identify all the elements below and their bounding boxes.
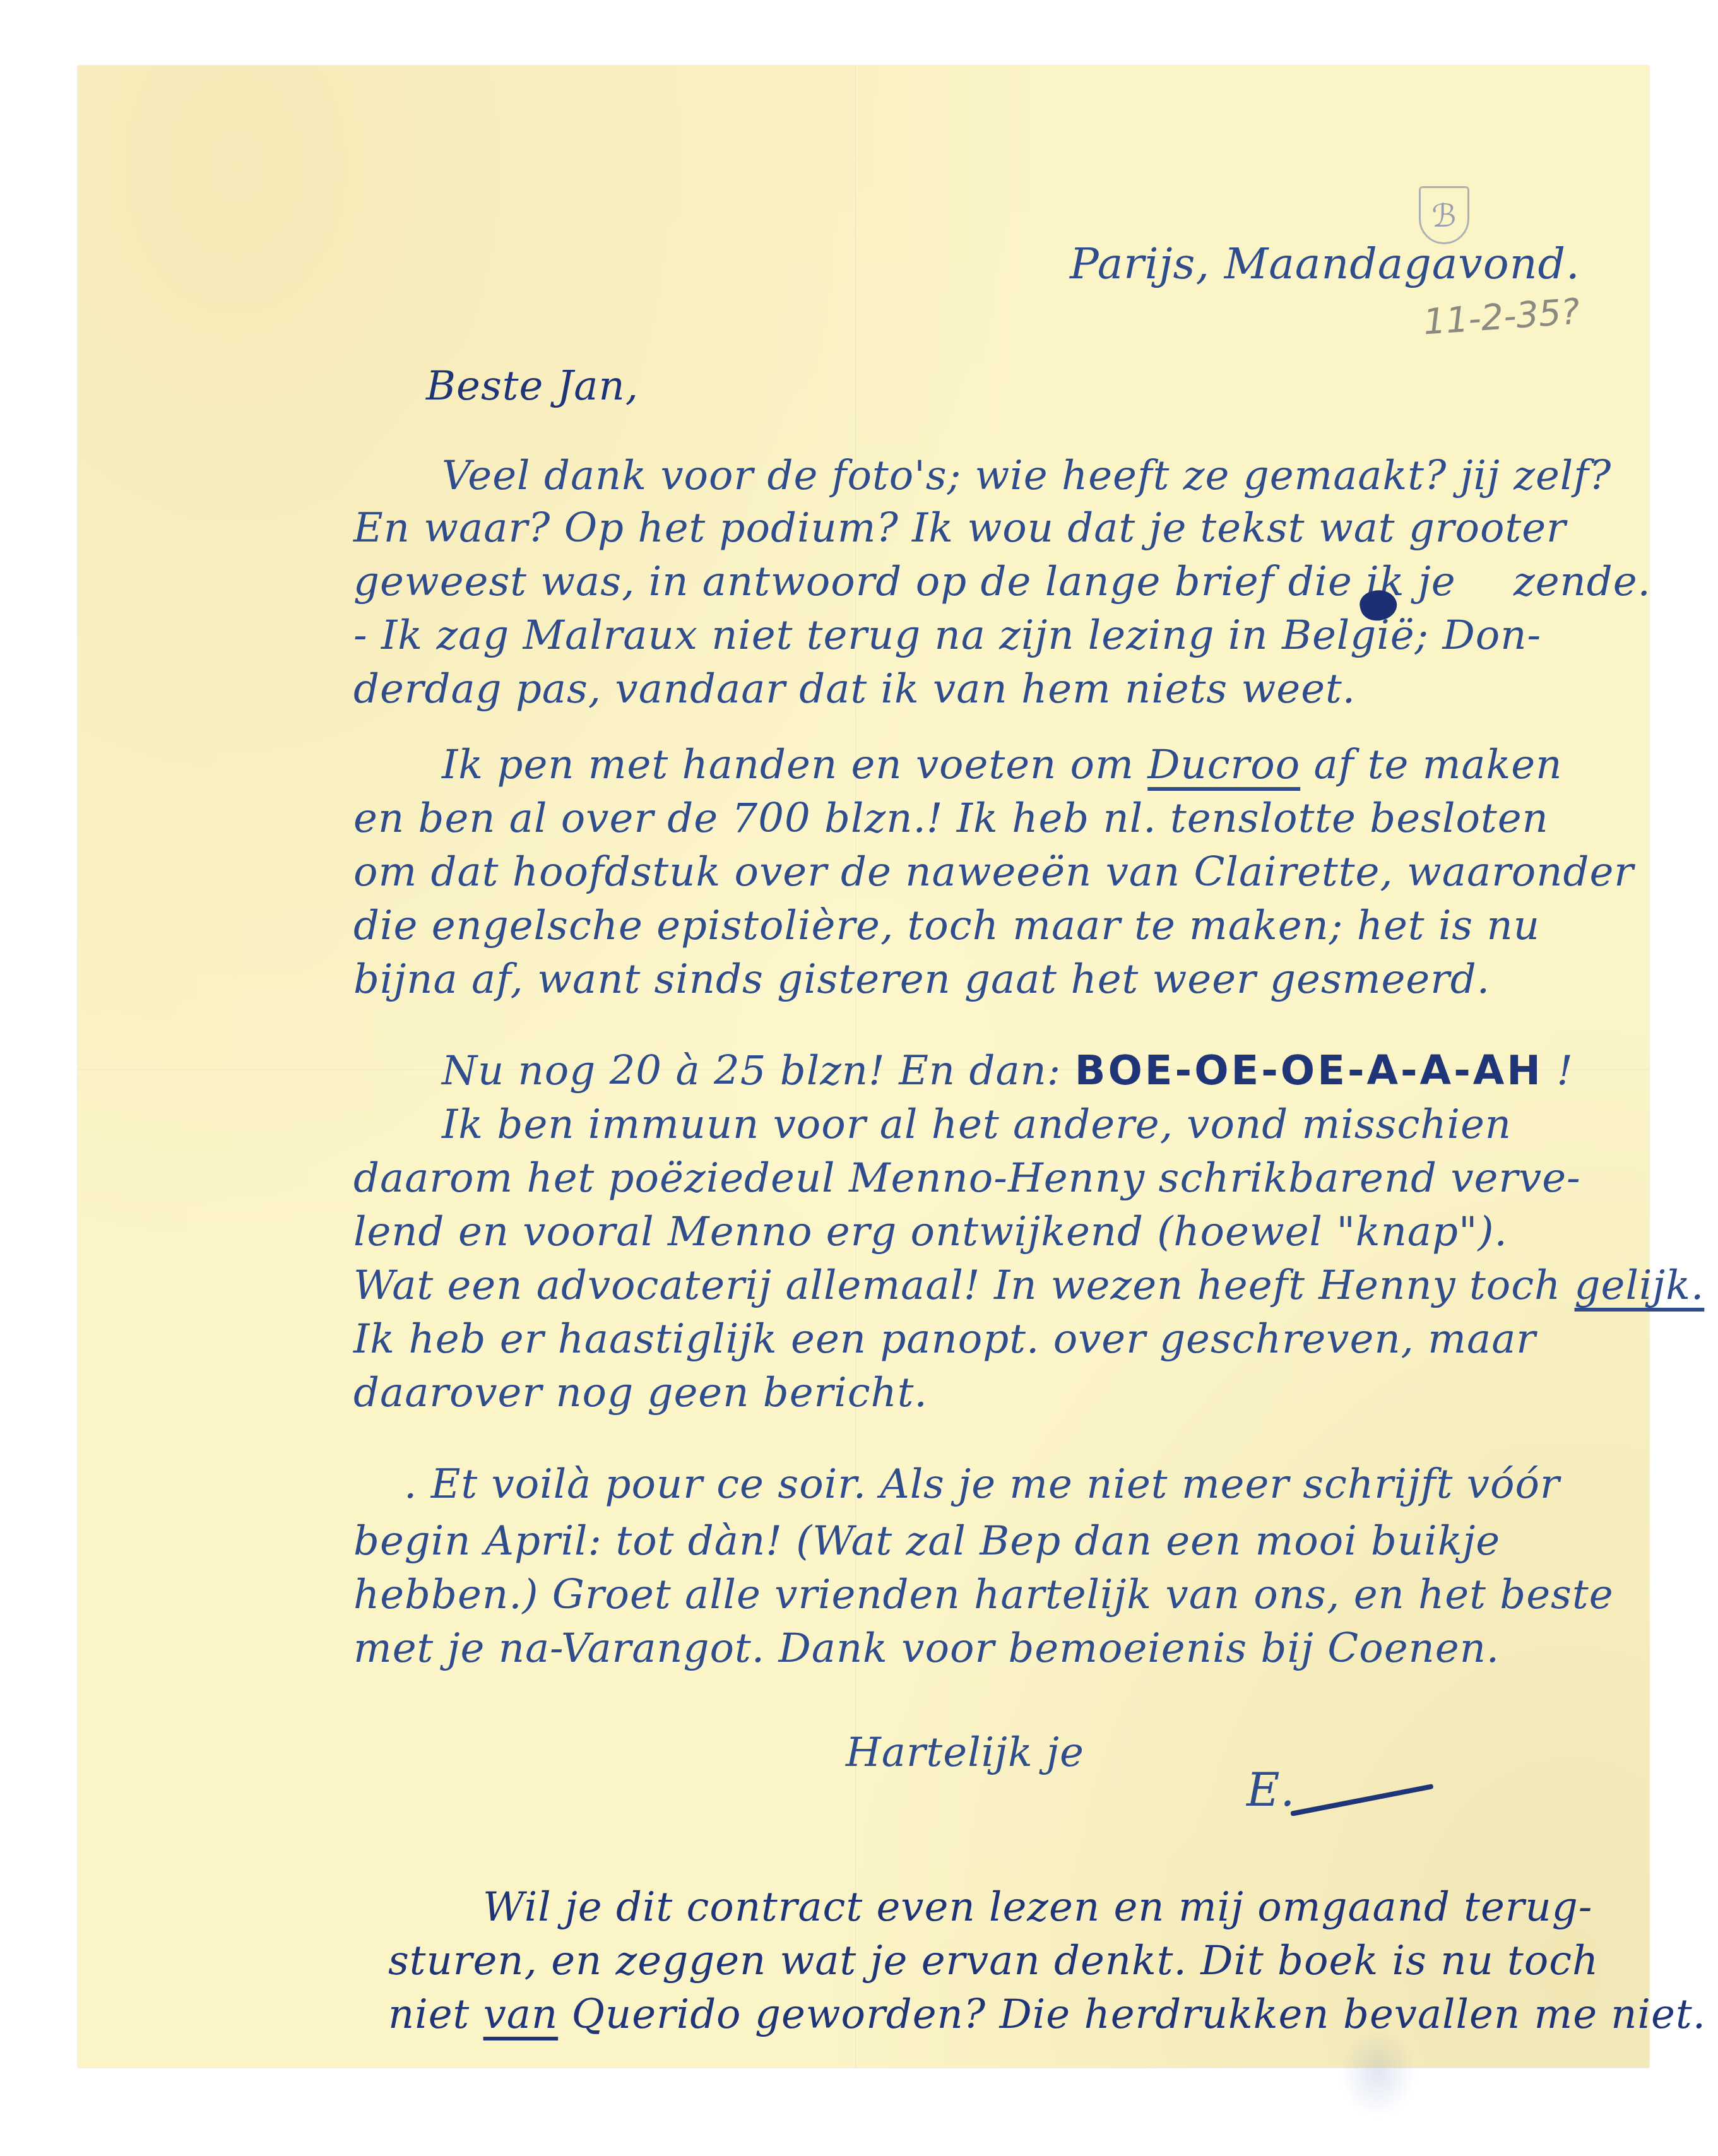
underlined-title-ducroo: Ducroo [1147, 742, 1300, 788]
body-line: hebben.) Groet alle vrienden hartelijk v… [353, 1575, 1614, 1615]
salutation: Beste Jan, [426, 366, 639, 406]
body-line: Ik pen met handen en voeten om Ducroo af… [442, 745, 1562, 785]
body-line: geweest was, in antwoord op de lange bri… [353, 562, 1651, 602]
body-line: lend en vooral Menno erg ontwijkend (hoe… [353, 1212, 1508, 1252]
postscript-text: Querido geworden? Die herdrukken bevalle… [558, 1991, 1706, 2038]
body-line: Veel dank voor de foto's; wie heeft ze g… [442, 456, 1611, 496]
body-line: . Et voilà pour ce soir. Als je me niet … [404, 1464, 1560, 1505]
place-date: Parijs, Maandagavond. [1070, 243, 1580, 286]
exclamation-caps: BOE-OE-OE-A-A-AH [1075, 1048, 1543, 1094]
body-line-text: Wat een advocaterij allemaal! In wezen h… [353, 1262, 1575, 1309]
archive-stamp-icon: ℬ [1419, 186, 1469, 244]
body-line-text: ! [1543, 1048, 1573, 1094]
body-line: Wat een advocaterij allemaal! In wezen h… [353, 1265, 1704, 1306]
body-line: die engelsche epistolière, toch maar te … [353, 906, 1540, 946]
body-line: daarom het poëziedeul Menno-Henny schrik… [353, 1158, 1581, 1199]
body-line-text: af te maken [1300, 742, 1562, 788]
postscript-line: sturen, en zeggen wat je ervan denkt. Di… [388, 1941, 1599, 1981]
body-line-text: Ik pen met handen en voeten om [442, 742, 1147, 788]
body-line-text: geweest was, in antwoord op de lange bri… [353, 559, 1469, 605]
body-line: Nu nog 20 à 25 blzn! En dan: BOE-OE-OE-A… [442, 1051, 1573, 1091]
underlined-word-van: van [483, 1991, 559, 2038]
body-line: met je na-Varangot. Dank voor bemoeienis… [353, 1628, 1500, 1669]
body-line: begin April: tot dàn! (Wat zal Bep dan e… [353, 1521, 1500, 1561]
underlined-word-gelijk: gelijk. [1575, 1262, 1705, 1309]
signature: E. [1247, 1767, 1295, 1813]
body-line: derdag pas, vandaar dat ik van hem niets… [353, 669, 1356, 709]
body-line: En waar? Op het podium? Ik wou dat je te… [353, 508, 1567, 548]
body-line-text: zende. [1514, 559, 1651, 605]
body-line: Ik heb er haastiglijk een panopt. over g… [353, 1319, 1536, 1359]
body-line: Ik ben immuun voor al het andere, vond m… [442, 1105, 1512, 1145]
body-line: en ben al over de 700 blzn.! Ik heb nl. … [353, 798, 1549, 839]
body-line: om dat hoofdstuk over de naweeën van Cla… [353, 852, 1634, 892]
postscript-line: Wil je dit contract even lezen en mij om… [483, 1887, 1592, 1928]
ink-stain [1340, 2029, 1416, 2117]
body-line-text: Nu nog 20 à 25 blzn! En dan: [442, 1048, 1075, 1094]
postscript-text: niet [388, 1991, 483, 2038]
body-line: - Ik zag Malraux niet terug na zijn lezi… [353, 615, 1541, 656]
body-line: daarover nog geen bericht. [353, 1373, 928, 1413]
closing: Hartelijk je [846, 1732, 1084, 1773]
postscript-line: niet van Querido geworden? Die herdrukke… [388, 1994, 1706, 2035]
body-line: bijna af, want sinds gisteren gaat het w… [353, 959, 1490, 1000]
